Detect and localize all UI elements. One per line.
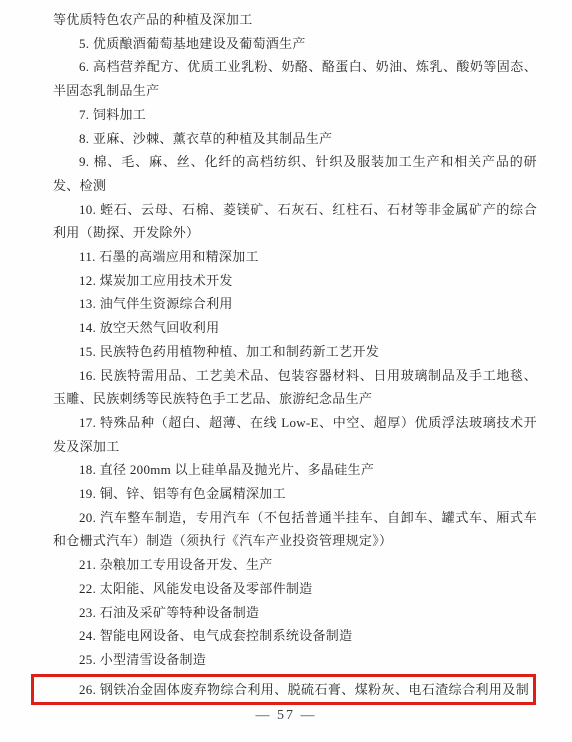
text-line: 6. 高档营养配方、优质工业乳粉、奶酪、酪蛋白、奶油、炼乳、酸奶等固态、 <box>53 55 537 79</box>
text-line: 11. 石墨的高端应用和精深加工 <box>53 245 537 269</box>
page-footer: — 57 — <box>0 706 572 724</box>
text-line: 9. 棉、毛、麻、丝、化纤的高档纺织、针织及服装加工生产和相关产品的研 <box>53 150 537 174</box>
page-number: — 57 — <box>256 708 317 723</box>
text-line: 玉雕、民族刺绣等民族特色手工艺品、旅游纪念品生产 <box>53 387 537 411</box>
text-line: 24. 智能电网设备、电气成套控制系统设备制造 <box>53 624 537 648</box>
text-line: 16. 民族特需用品、工艺美术品、包装容器材料、日用玻璃制品及手工地毯、 <box>53 364 537 388</box>
text-line: 20. 汽车整车制造，专用汽车（不包括普通半挂车、自卸车、罐式车、厢式车 <box>53 506 537 530</box>
text-line: 利用（勘探、开发除外） <box>53 221 537 245</box>
text-line: 发及深加工 <box>53 435 537 459</box>
text-line: 5. 优质酿酒葡萄基地建设及葡萄酒生产 <box>53 32 537 56</box>
text-line: 发、检测 <box>53 174 537 198</box>
text-line: 25. 小型清雪设备制造 <box>53 648 537 672</box>
text-line: 13. 油气伴生资源综合利用 <box>53 292 537 316</box>
text-line: 10. 蛭石、云母、石棉、菱镁矿、石灰石、红柱石、石材等非金属矿产的综合 <box>53 198 537 222</box>
text-line: 23. 石油及采矿等特种设备制造 <box>53 601 537 625</box>
text-line: 等优质特色农产品的种植及深加工 <box>53 8 537 32</box>
text-line: 7. 饲料加工 <box>53 103 537 127</box>
text-line: 14. 放空天然气回收利用 <box>53 316 537 340</box>
text-line: 22. 太阳能、风能发电设备及零部件制造 <box>53 577 537 601</box>
text-block: 等优质特色农产品的种植及深加工5. 优质酿酒葡萄基地建设及葡萄酒生产6. 高档营… <box>53 8 537 705</box>
highlighted-list-item: 26. 钢铁冶金固体废弃物综合利用、脱硫石膏、煤粉灰、电石渣综合利用及制 <box>31 674 536 706</box>
text-line: 8. 亚麻、沙棘、薰衣草的种植及其制品生产 <box>53 127 537 151</box>
text-line: 15. 民族特色药用植物种植、加工和制药新工艺开发 <box>53 340 537 364</box>
text-line: 21. 杂粮加工专用设备开发、生产 <box>53 553 537 577</box>
text-line: 19. 铜、锌、铝等有色金属精深加工 <box>53 482 537 506</box>
text-line: 12. 煤炭加工应用技术开发 <box>53 269 537 293</box>
text-line: 和仓栅式汽车）制造（须执行《汽车产业投资管理规定》） <box>53 529 537 553</box>
text-line: 17. 特殊品种（超白、超薄、在线 Low-E、中空、超厚）优质浮法玻璃技术开 <box>53 411 537 435</box>
text-line: 半固态乳制品生产 <box>53 79 537 103</box>
text-line: 18. 直径 200mm 以上硅单晶及抛光片、多晶硅生产 <box>53 458 537 482</box>
